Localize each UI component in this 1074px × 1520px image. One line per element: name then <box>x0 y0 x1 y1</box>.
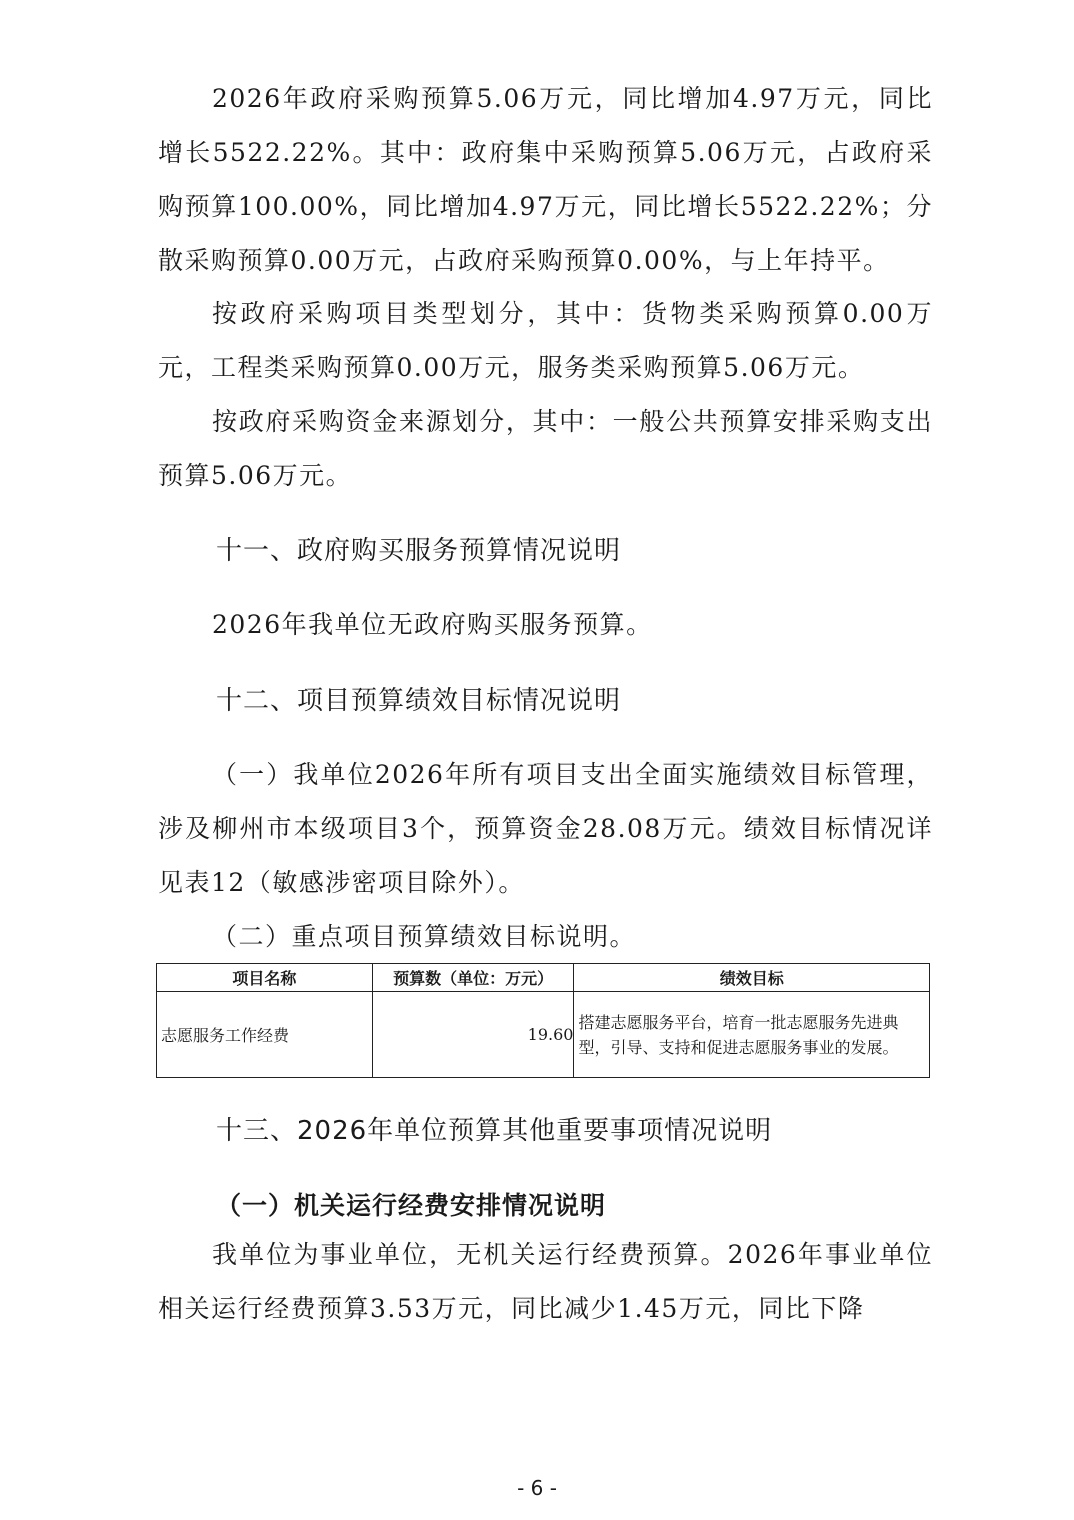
section-11-body: 2026年我单位无政府购买服务预算。 <box>158 598 933 652</box>
section-12-heading: 十二、项目预算绩效目标情况说明 <box>216 680 621 717</box>
procurement-paragraph-2: 按政府采购项目类型划分，其中：货物类采购预算0.00万元，工程类采购预算0.00… <box>158 287 933 395</box>
section-13-sub1-body: 我单位为事业单位，无机关运行经费预算。2026年事业单位相关运行经费预算3.53… <box>158 1228 933 1336</box>
table-row: 志愿服务工作经费 19.60 搭建志愿服务平台，培育一批志愿服务先进典型，引导、… <box>157 992 930 1078</box>
procurement-paragraph-1: 2026年政府采购预算5.06万元，同比增加4.97万元，同比增长5522.22… <box>158 72 933 288</box>
column-header-budget: 预算数（单位：万元） <box>372 964 574 992</box>
cell-performance-goal: 搭建志愿服务平台，培育一批志愿服务先进典型，引导、支持和促进志愿服务事业的发展。 <box>574 992 930 1078</box>
section-12-paragraph-2: （二）重点项目预算绩效目标说明。 <box>158 910 933 964</box>
cell-budget-amount: 19.60 <box>372 992 574 1078</box>
section-13-heading: 十三、2026年单位预算其他重要事项情况说明 <box>216 1110 772 1147</box>
cell-project-name: 志愿服务工作经费 <box>157 992 373 1078</box>
section-12-paragraph-1: （一）我单位2026年所有项目支出全面实施绩效目标管理，涉及柳州市本级项目3个，… <box>158 748 933 910</box>
procurement-paragraph-3: 按政府采购资金来源划分，其中：一般公共预算安排采购支出预算5.06万元。 <box>158 395 933 503</box>
document-page: 2026年政府采购预算5.06万元，同比增加4.97万元，同比增长5522.22… <box>0 0 1074 1520</box>
section-13-subheading-1: （一）机关运行经费安排情况说明 <box>216 1186 606 1222</box>
column-header-project-name: 项目名称 <box>157 964 373 992</box>
column-header-goal: 绩效目标 <box>574 964 930 992</box>
table-header-row: 项目名称 预算数（单位：万元） 绩效目标 <box>157 964 930 992</box>
performance-goal-table: 项目名称 预算数（单位：万元） 绩效目标 志愿服务工作经费 19.60 搭建志愿… <box>156 963 930 1078</box>
page-number: - 6 - <box>0 1476 1074 1500</box>
section-11-heading: 十一、政府购买服务预算情况说明 <box>216 530 621 567</box>
